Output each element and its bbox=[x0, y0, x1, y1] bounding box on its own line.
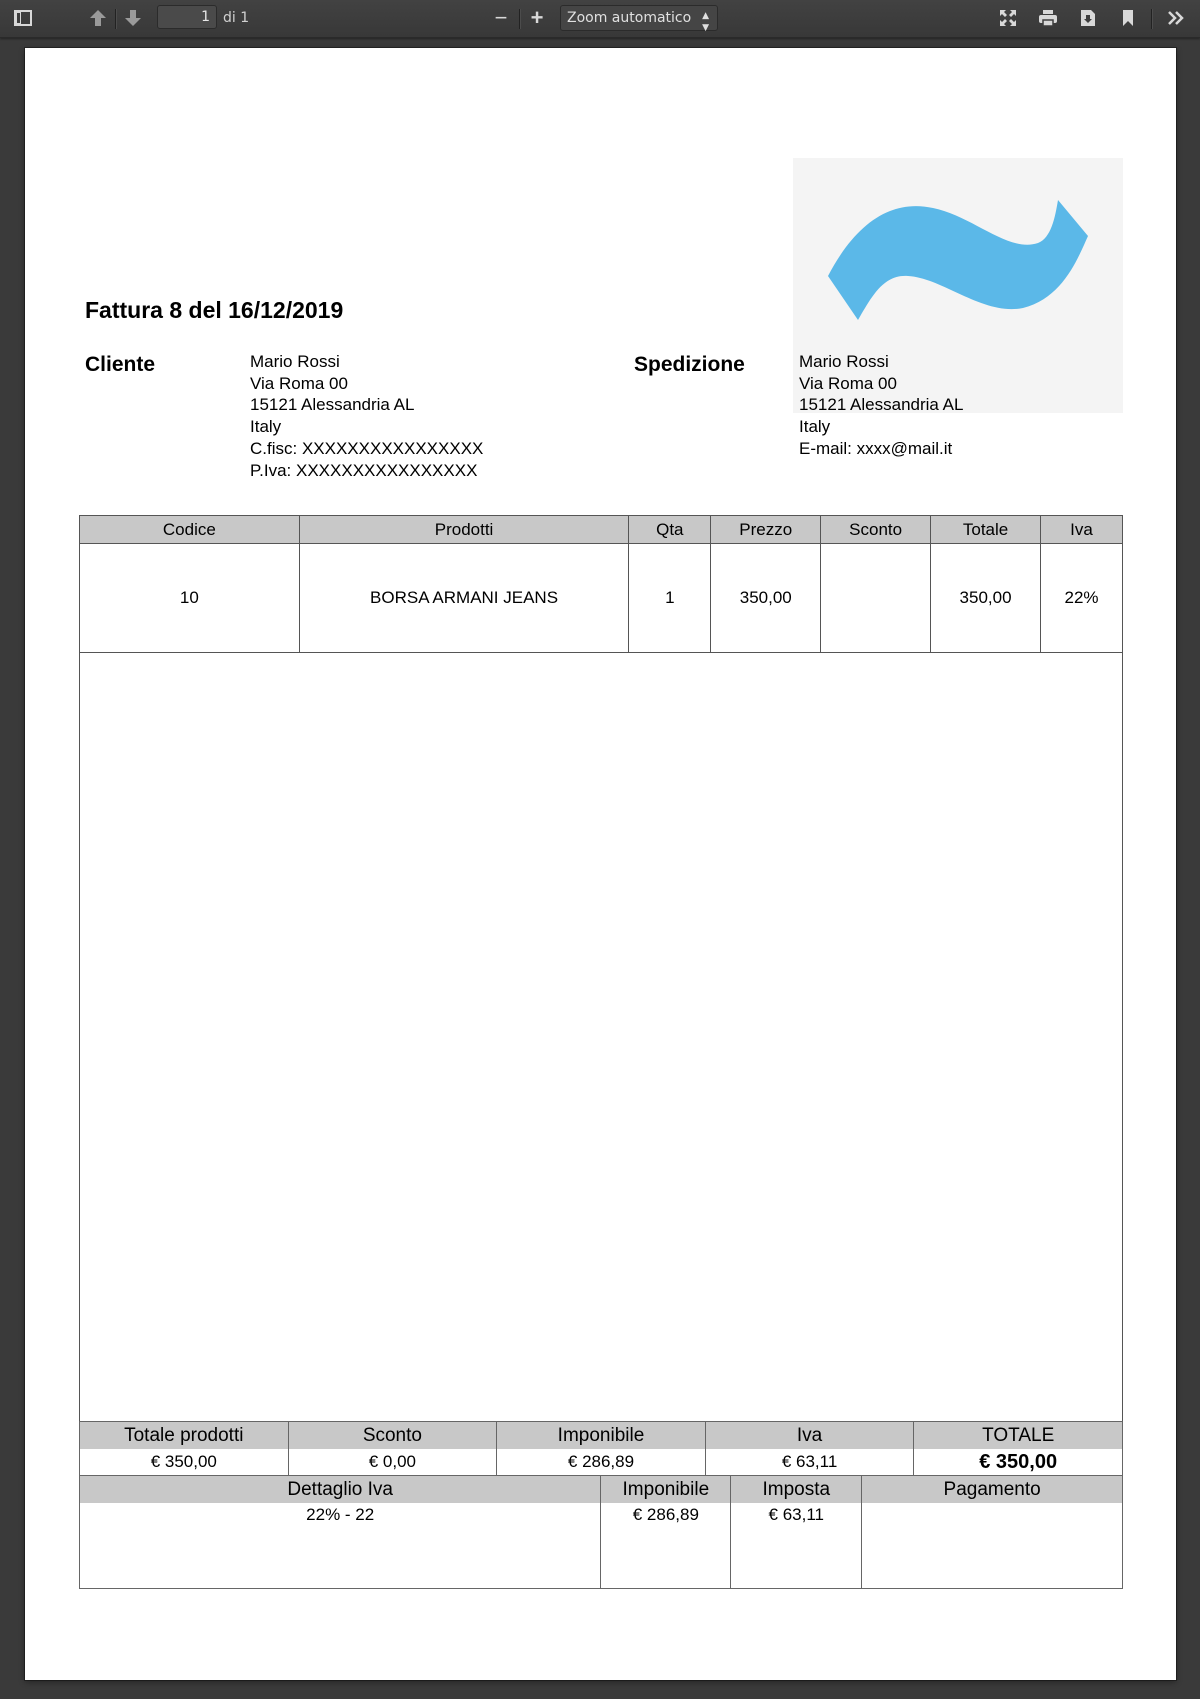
client-vat-number: P.Iva: XXXXXXXXXXXXXXXX bbox=[250, 460, 483, 482]
totals-header-grand-total: TOTALE bbox=[914, 1422, 1123, 1450]
toolbar-separator bbox=[1151, 9, 1152, 29]
items-table: Codice Prodotti Qta Prezzo Sconto Totale… bbox=[79, 515, 1123, 653]
items-header-row: Codice Prodotti Qta Prezzo Sconto Totale… bbox=[80, 516, 1123, 544]
zoom-out-button[interactable]: − bbox=[486, 5, 516, 31]
totals-vat-value: € 63,11 bbox=[705, 1449, 914, 1476]
invoice-title: Fattura 8 del 16/12/2019 bbox=[85, 297, 343, 324]
item-product: BORSA ARMANI JEANS bbox=[299, 544, 629, 653]
totals-header-row: Totale prodotti Sconto Imponibile Iva TO… bbox=[80, 1422, 1123, 1450]
client-city: 15121 Alessandria AL bbox=[250, 394, 483, 416]
arrow-down-icon bbox=[124, 9, 142, 27]
sidebar-toggle-icon bbox=[14, 10, 32, 26]
fullscreen-icon bbox=[999, 9, 1017, 27]
download-button[interactable] bbox=[1073, 5, 1103, 31]
totals-header-products: Totale prodotti bbox=[80, 1422, 289, 1450]
sidebar-toggle-button[interactable] bbox=[8, 5, 38, 31]
pdf-viewer-toolbar: 1 di 1 − + Zoom automatico ▲▼ bbox=[0, 0, 1200, 38]
toolbar-separator bbox=[519, 9, 520, 29]
zoom-in-button[interactable]: + bbox=[522, 5, 552, 31]
shipping-label: Spedizione bbox=[634, 353, 745, 377]
vat-header-taxable: Imponibile bbox=[601, 1476, 731, 1503]
client-name: Mario Rossi bbox=[250, 351, 483, 373]
totals-header-vat: Iva bbox=[705, 1422, 914, 1450]
item-quantity: 1 bbox=[629, 544, 711, 653]
download-icon bbox=[1080, 9, 1096, 27]
shipping-city: 15121 Alessandria AL bbox=[799, 394, 963, 416]
zoom-select-value: Zoom automatico bbox=[567, 10, 691, 26]
vat-tax-value: € 63,11 bbox=[731, 1503, 862, 1589]
shipping-street: Via Roma 00 bbox=[799, 373, 963, 395]
payment-value bbox=[862, 1503, 1123, 1589]
vat-detail-value: 22% - 22 bbox=[80, 1503, 601, 1589]
item-vat: 22% bbox=[1041, 544, 1123, 653]
item-code: 10 bbox=[80, 544, 300, 653]
client-street: Via Roma 00 bbox=[250, 373, 483, 395]
print-button[interactable] bbox=[1033, 5, 1063, 31]
col-header-totale: Totale bbox=[931, 516, 1041, 544]
print-icon bbox=[1038, 9, 1058, 27]
bookmark-icon bbox=[1122, 9, 1134, 27]
plus-icon: + bbox=[531, 5, 544, 31]
client-country: Italy bbox=[250, 416, 483, 438]
vat-header-payment: Pagamento bbox=[862, 1476, 1123, 1503]
vat-header-detail: Dettaglio Iva bbox=[80, 1476, 601, 1503]
item-discount bbox=[821, 544, 931, 653]
totals-header-discount: Sconto bbox=[288, 1422, 497, 1450]
totals-table: Totale prodotti Sconto Imponibile Iva TO… bbox=[79, 1421, 1123, 1476]
page-number-input[interactable]: 1 bbox=[157, 5, 217, 29]
arrow-up-icon bbox=[89, 9, 107, 27]
totals-header-taxable: Imponibile bbox=[497, 1422, 706, 1450]
page-count-label: di 1 bbox=[223, 10, 249, 26]
item-total: 350,00 bbox=[931, 544, 1041, 653]
col-header-prodotti: Prodotti bbox=[299, 516, 629, 544]
select-arrows-icon: ▲▼ bbox=[702, 6, 709, 34]
previous-page-button[interactable] bbox=[83, 5, 113, 31]
totals-discount-value: € 0,00 bbox=[288, 1449, 497, 1476]
col-header-sconto: Sconto bbox=[821, 516, 931, 544]
zoom-select[interactable]: Zoom automatico ▲▼ bbox=[560, 5, 718, 31]
client-address: Mario Rossi Via Roma 00 15121 Alessandri… bbox=[250, 351, 483, 481]
item-price: 350,00 bbox=[711, 544, 821, 653]
shipping-name: Mario Rossi bbox=[799, 351, 963, 373]
vat-taxable-value: € 286,89 bbox=[601, 1503, 731, 1589]
col-header-iva: Iva bbox=[1041, 516, 1123, 544]
client-tax-code: C.fisc: XXXXXXXXXXXXXXXX bbox=[250, 438, 483, 460]
totals-products-value: € 350,00 bbox=[80, 1449, 289, 1476]
shipping-address: Mario Rossi Via Roma 00 15121 Alessandri… bbox=[799, 351, 963, 460]
toolbar-separator bbox=[115, 9, 116, 29]
vat-detail-table: Dettaglio Iva Imponibile Imposta Pagamen… bbox=[79, 1476, 1123, 1589]
totals-value-row: € 350,00 € 0,00 € 286,89 € 63,11 € 350,0… bbox=[80, 1449, 1123, 1476]
shipping-country: Italy bbox=[799, 416, 963, 438]
vat-header-tax: Imposta bbox=[731, 1476, 862, 1503]
presentation-mode-button[interactable] bbox=[993, 5, 1023, 31]
items-empty-area bbox=[79, 653, 1123, 1427]
grand-total-value: € 350,00 bbox=[914, 1449, 1123, 1476]
minus-icon: − bbox=[495, 5, 508, 31]
table-row: 10 BORSA ARMANI JEANS 1 350,00 350,00 22… bbox=[80, 544, 1123, 653]
client-label: Cliente bbox=[85, 353, 155, 377]
col-header-qta: Qta bbox=[629, 516, 711, 544]
totals-taxable-value: € 286,89 bbox=[497, 1449, 706, 1476]
double-chevron-right-icon bbox=[1167, 10, 1185, 26]
shipping-email: E-mail: xxxx@mail.it bbox=[799, 438, 963, 460]
col-header-codice: Codice bbox=[80, 516, 300, 544]
pdf-page: Fattura 8 del 16/12/2019 Cliente Mario R… bbox=[25, 48, 1176, 1680]
col-header-prezzo: Prezzo bbox=[711, 516, 821, 544]
vat-value-row: 22% - 22 € 286,89 € 63,11 bbox=[80, 1503, 1123, 1589]
tools-menu-button[interactable] bbox=[1161, 5, 1191, 31]
bookmark-button[interactable] bbox=[1113, 5, 1143, 31]
vat-header-row: Dettaglio Iva Imponibile Imposta Pagamen… bbox=[80, 1476, 1123, 1503]
next-page-button[interactable] bbox=[118, 5, 148, 31]
